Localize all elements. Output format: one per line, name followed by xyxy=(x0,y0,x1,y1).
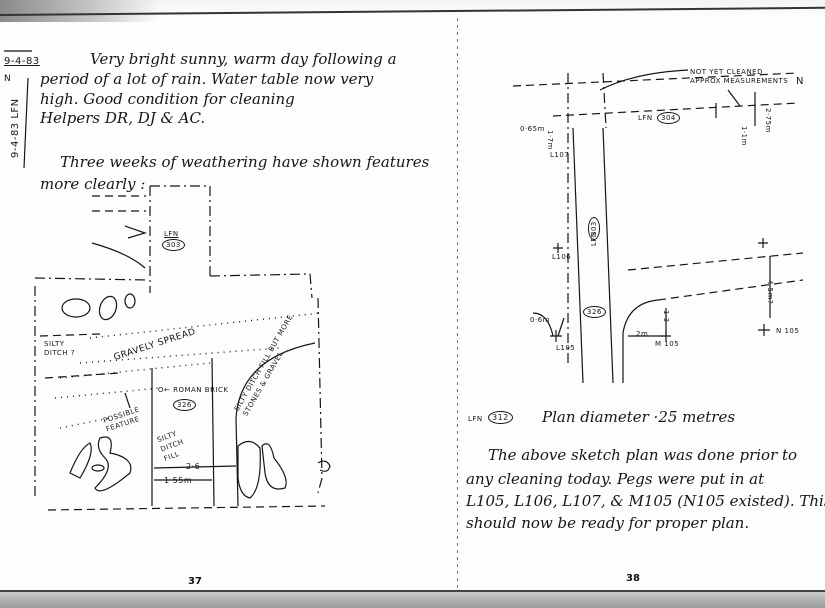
plan-dimension-0-6: 0·6m xyxy=(530,316,550,324)
plan-label-not-yet-cleaned: NOT YET CLEANED xyxy=(690,68,763,76)
peg-label-n105: N 105 xyxy=(776,327,799,335)
peg-label-l107: L107 xyxy=(550,151,569,159)
plan-label-326: 326 xyxy=(583,306,606,318)
summary-line-4: should now be ready for proper plan. xyxy=(466,514,749,532)
plan-label-303: 303 xyxy=(588,217,600,240)
plan-label-lfn-304-prefix: LFN xyxy=(638,114,653,122)
sketch-dimension-2-6: 2·6 xyxy=(186,462,200,471)
plan-dimension-1-7: 1·7m xyxy=(546,130,554,150)
plan-dimension-4-5: 4·5m? xyxy=(766,280,774,304)
sketch-label-roman-brick: O← ROMAN BRICK xyxy=(158,386,228,394)
lfn-312-note: Plan diameter ·25 metres xyxy=(542,408,735,426)
sketch-label-lfn: LFN xyxy=(164,230,179,238)
sketch-label-326: 326 xyxy=(173,399,196,411)
sketch-dimension-1-55: 1·55m xyxy=(164,476,192,485)
peg-label-l105: L105 xyxy=(556,344,575,352)
notebook-page-left: 9-4-83 N 9-4-83 LFN Very bright sunny, w… xyxy=(0,18,458,590)
summary-line-2: any cleaning today. Pegs were put in at xyxy=(466,470,764,488)
page-number-left: 37 xyxy=(188,576,202,587)
summary-line-3: L105, L106, L107, & M105 (N105 existed).… xyxy=(466,492,825,510)
site-sketch-drawing xyxy=(0,18,458,590)
peg-label-l106: L106 xyxy=(552,253,571,261)
plan-dimension-2-75: 2·75m xyxy=(764,108,772,133)
lfn-312-prefix: LFN xyxy=(468,415,483,423)
notebook-page-right: NOT YET CLEANED APPROX MEASUREMENTS N LF… xyxy=(458,18,825,590)
plan-dimension-1-1: 1·1m xyxy=(740,126,748,146)
peg-label-m105: M 105 xyxy=(655,340,679,348)
scan-shadow-bottom xyxy=(0,590,825,608)
plan-dimension-1-3: 1·3 xyxy=(662,310,670,323)
page-number-right: 38 xyxy=(626,573,640,584)
lfn-312-circle: 312 xyxy=(488,411,513,424)
plan-label-approx-measurements: APPROX MEASUREMENTS xyxy=(690,77,788,85)
plan-label-304: 304 xyxy=(657,112,680,124)
north-arrow-label: N xyxy=(796,76,804,87)
sketch-label-silty-ditch: SILTY DITCH ? xyxy=(44,340,80,358)
plan-dimension-2m: 2m xyxy=(636,330,648,338)
plan-dimension-0-65: 0·65m xyxy=(520,125,545,133)
sketch-label-303: 303 xyxy=(162,239,185,251)
summary-line-1: The above sketch plan was done prior to xyxy=(488,446,797,464)
